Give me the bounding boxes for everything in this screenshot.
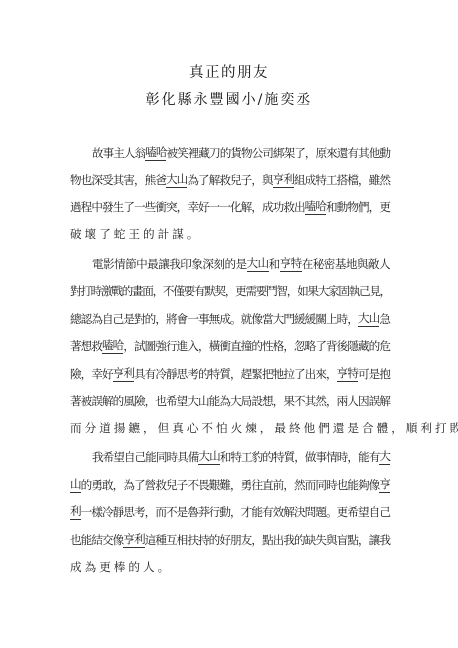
text-char: ，: [145, 393, 156, 409]
text-char: 可: [358, 366, 369, 382]
text-char: 同: [315, 477, 326, 493]
text-char: 子: [177, 477, 188, 493]
text-char: 缺: [305, 532, 316, 548]
underlined-name: 亨: [123, 532, 134, 548]
text-char: 拉: [283, 366, 294, 382]
text-line: 而分道揚鑣，但真心不怕火煉，最終他們還是合體，順利打敗蛇王。: [70, 420, 390, 438]
text-char: 物: [241, 145, 252, 161]
text-char: 交: [102, 532, 113, 548]
text-char: 莽: [198, 504, 209, 520]
text-char: ，: [251, 532, 262, 548]
text-char: 默: [204, 283, 214, 299]
text-char: 基: [335, 256, 346, 272]
text-char: 解: [209, 172, 220, 188]
text-char: 的: [198, 366, 209, 382]
text-char: 己: [135, 449, 146, 465]
text-char: 難: [219, 477, 230, 493]
underlined-name: 大: [166, 172, 177, 188]
text-char: 的: [143, 226, 158, 242]
text-char: 功: [273, 199, 284, 215]
text-char: 熊: [145, 172, 156, 188]
text-char: 樣: [91, 504, 102, 520]
text-char: ，: [380, 283, 390, 299]
text-char: ，: [153, 283, 163, 299]
text-char: 時: [337, 311, 348, 327]
text-char: 急: [379, 311, 390, 327]
text-char: 就: [241, 311, 252, 327]
text-char: 的: [294, 532, 305, 548]
underlined-name: 嗑: [305, 199, 316, 215]
text-char: 是: [177, 504, 188, 520]
text-char: 程: [81, 199, 92, 215]
underlined-name: 山: [70, 477, 81, 493]
text-char: 。: [187, 226, 202, 242]
text-char: 的: [81, 477, 92, 493]
text-char: 真: [172, 420, 187, 436]
text-char: 組: [294, 172, 305, 188]
text-char: 無: [209, 311, 220, 327]
text-char: 更: [379, 199, 390, 215]
text-char: 們: [318, 420, 333, 436]
text-char: 朋: [230, 532, 241, 548]
document-page: 真正的朋友 彰化縣永豐國小/施奕丞 故事主人翁嗑哈被笑裡藏刀的貨物公司綁架了，原…: [0, 0, 458, 648]
text-char: 不: [187, 477, 198, 493]
text-char: 然: [294, 477, 305, 493]
text-char: 其: [305, 393, 316, 409]
text-char: 互: [166, 532, 177, 548]
text-line: 山的勇敢，為了營救兒子不畏艱難，勇往直前，然而同時也能夠像亨: [70, 477, 390, 495]
text-char: 受: [102, 172, 113, 188]
text-char: 對: [134, 311, 145, 327]
text-char: 盲: [337, 532, 348, 548]
text-char: 將: [166, 311, 177, 327]
text-char: 一: [187, 311, 198, 327]
text-char: 像: [251, 311, 262, 327]
text-char: ，: [358, 532, 369, 548]
text-char: 棒: [114, 559, 129, 575]
text-char: 試: [134, 338, 145, 354]
text-char: 見: [369, 283, 379, 299]
text-char: 中: [91, 199, 102, 215]
text-char: ，: [134, 172, 145, 188]
underlined-name: 特: [291, 256, 302, 272]
text-line: 險，幸好亨利具有冷靜思考的特質，趕緊把牠拉了出來，亨特可是抱: [70, 366, 390, 384]
text-char: 更: [337, 504, 348, 520]
text-char: 來: [315, 366, 326, 382]
text-char: 還: [333, 420, 348, 436]
text-char: 戰: [111, 283, 121, 299]
text-char: 幸: [91, 366, 102, 382]
text-char: 化: [230, 199, 241, 215]
text-char: 誤: [369, 393, 380, 409]
text-char: 出: [294, 199, 305, 215]
text-char: 解: [379, 393, 390, 409]
text-char: 衝: [155, 199, 166, 215]
text-char: ，: [283, 477, 294, 493]
text-char: 與: [357, 256, 368, 272]
underlined-name: 山: [258, 256, 269, 272]
text-char: 有: [194, 283, 204, 299]
text-char: 但: [158, 420, 173, 436]
text-char: 而: [305, 477, 316, 493]
text-char: 不: [163, 283, 173, 299]
text-char: 體: [377, 420, 392, 436]
text-char: 種: [155, 532, 166, 548]
text-char: 能: [358, 449, 369, 465]
text-char: 綁: [273, 145, 284, 161]
text-char: 後: [337, 338, 348, 354]
text-char: ，: [347, 311, 358, 327]
text-line: 著想救嗑哈，試圖強行進入，橫衝直撞的性格，忽略了背後隱藏的危: [70, 338, 390, 356]
text-char: 打: [80, 283, 90, 299]
text-char: 打: [435, 420, 450, 436]
text-char: 了: [134, 477, 145, 493]
text-char: 事: [103, 145, 114, 161]
text-char: 我: [92, 449, 103, 465]
text-char: 會: [177, 311, 188, 327]
text-char: 點: [347, 532, 358, 548]
text-char: 行: [166, 338, 177, 354]
text-char: 發: [102, 199, 113, 215]
text-char: 己: [359, 283, 369, 299]
underlined-name: 哈: [315, 199, 326, 215]
text-char: 激: [101, 283, 111, 299]
text-char: 面: [142, 283, 152, 299]
text-char: 險: [70, 366, 81, 382]
text-char: 時: [167, 449, 178, 465]
text-char: 揚: [114, 420, 129, 436]
text-char: 動: [219, 504, 230, 520]
text-line: 著被誤解的風險，也希望大山能為大局設想，果不其然，兩人因誤解: [70, 393, 390, 411]
text-char: 備: [188, 449, 199, 465]
text-char: 不: [294, 393, 305, 409]
text-char: 密: [324, 256, 335, 272]
text-char: 子: [241, 172, 252, 188]
text-char: 像: [369, 477, 380, 493]
text-char: 深: [91, 172, 102, 188]
text-char: ，: [155, 311, 166, 327]
text-char: 最: [147, 256, 158, 272]
text-char: 為: [219, 393, 230, 409]
text-char: 解: [241, 199, 252, 215]
text-char: 如: [297, 283, 307, 299]
text-char: 翁: [135, 145, 146, 161]
text-char: 和: [269, 256, 280, 272]
text-char: 一: [134, 199, 145, 215]
text-char: 火: [231, 420, 246, 436]
text-char: 印: [180, 256, 191, 272]
text-char: 特: [230, 449, 241, 465]
text-char: 思: [177, 366, 188, 382]
text-char: 司: [262, 145, 273, 161]
text-char: 敵: [368, 256, 379, 272]
text-char: ，: [143, 420, 158, 436]
text-char: 牠: [273, 366, 284, 382]
text-char: 生: [113, 199, 124, 215]
text-char: ，: [177, 199, 188, 215]
text-char: 好: [219, 532, 230, 548]
text-char: 特: [273, 449, 284, 465]
underlined-name: 亨: [273, 172, 284, 188]
text-char: 的: [369, 338, 380, 354]
text-char: 撞: [241, 338, 252, 354]
text-char: 想: [81, 338, 92, 354]
text-char: ，: [305, 145, 316, 161]
text-line: 成為更棒的人。: [70, 559, 390, 577]
text-char: 著: [70, 393, 81, 409]
text-char: 雖: [369, 172, 380, 188]
text-char: ，: [260, 420, 275, 436]
text-char: 設: [251, 393, 262, 409]
text-char: 對: [70, 283, 80, 299]
underlined-name: 山: [369, 311, 380, 327]
text-char: 兒: [230, 172, 241, 188]
text-char: 畏: [198, 477, 209, 493]
text-char: 順: [406, 420, 421, 436]
text-char: 害: [123, 172, 134, 188]
text-char: 公: [252, 145, 263, 161]
text-char: 誤: [91, 393, 102, 409]
text-char: 點: [262, 532, 273, 548]
text-char: 是: [235, 256, 246, 272]
text-char: 要: [184, 283, 194, 299]
text-char: 才: [241, 504, 252, 520]
text-char: 僅: [173, 283, 183, 299]
text-char: 了: [123, 199, 134, 215]
text-char: 。: [158, 559, 173, 575]
text-char: 然: [379, 172, 390, 188]
text-char: 是: [123, 311, 134, 327]
text-char: 不: [166, 504, 177, 520]
text-char: 一: [209, 199, 220, 215]
text-char: 扶: [187, 532, 198, 548]
text-char: 好: [198, 199, 209, 215]
text-char: 緩: [294, 311, 305, 327]
text-char: 橫: [209, 338, 220, 354]
text-char: ，: [326, 393, 337, 409]
text-char: 友: [241, 532, 252, 548]
text-char: ，: [123, 338, 134, 354]
text-char: 工: [326, 172, 337, 188]
text-char: 失: [315, 532, 326, 548]
underlined-name: 大: [358, 311, 369, 327]
text-char: 契: [215, 283, 225, 299]
text-char: 了: [99, 226, 114, 242]
text-char: 能: [81, 532, 92, 548]
underlined-name: 亨: [337, 366, 348, 382]
text-char: 王: [128, 226, 143, 242]
underlined-name: 利: [283, 172, 294, 188]
text-char: 架: [284, 145, 295, 161]
text-char: 險: [134, 393, 145, 409]
text-char: 過: [70, 199, 81, 215]
text-char: 謀: [172, 226, 187, 242]
text-char: 道: [99, 420, 114, 436]
text-char: 不: [201, 420, 216, 436]
text-char: 的: [128, 559, 143, 575]
text-char: 煉: [245, 420, 260, 436]
text-char: 秘: [313, 256, 324, 272]
text-char: 效: [273, 504, 284, 520]
text-char: 為: [91, 311, 102, 327]
text-char: 主: [113, 145, 124, 161]
text-char: 解: [283, 504, 294, 520]
text-char: 來: [326, 145, 337, 161]
text-char: ，: [113, 477, 124, 493]
text-char: ，: [358, 172, 369, 188]
text-char: 能: [145, 449, 156, 465]
text-char: 靜: [166, 366, 177, 382]
text-char: 的: [209, 532, 220, 548]
text-char: 執: [349, 283, 359, 299]
text-char: ，: [230, 366, 241, 382]
text-char: 考: [134, 504, 145, 520]
text-char: 冷: [102, 504, 113, 520]
text-char: 自: [102, 311, 113, 327]
text-char: 危: [379, 338, 390, 354]
text-char: 要: [256, 283, 266, 299]
text-char: 思: [123, 504, 134, 520]
text-char: 具: [177, 449, 188, 465]
text-line: 對打時激戰的畫面，不僅要有默契，更需要鬥智，如果大家固執己見，: [70, 283, 390, 301]
text-char: 解: [102, 393, 113, 409]
text-char: 有: [369, 449, 380, 465]
text-char: 夠: [358, 477, 369, 493]
text-char: 當: [262, 311, 273, 327]
text-char: 爸: [155, 172, 166, 188]
text-char: 直: [262, 477, 273, 493]
text-char: 救: [283, 199, 294, 215]
text-char: 讓: [369, 532, 380, 548]
text-char: 做: [305, 449, 316, 465]
text-char: 問: [305, 504, 316, 520]
underlined-name: 嗑: [145, 145, 156, 161]
text-char: 成: [305, 172, 316, 188]
text-char: 我: [283, 532, 294, 548]
text-char: 檔: [347, 172, 358, 188]
text-char: ，: [251, 199, 262, 215]
text-char: 同: [156, 449, 167, 465]
text-char: 智: [276, 283, 286, 299]
text-char: 一: [81, 504, 92, 520]
underlined-name: 利: [70, 504, 81, 520]
text-char: 門: [283, 311, 294, 327]
text-char: 望: [113, 449, 124, 465]
text-char: 勇: [91, 477, 102, 493]
text-char: ，: [347, 449, 358, 465]
text-char: 原: [316, 145, 327, 161]
text-char: 中: [136, 256, 147, 272]
text-char: ，: [225, 283, 235, 299]
text-char: 豹: [252, 449, 263, 465]
text-char: 時: [91, 283, 101, 299]
underlined-name: 山: [209, 449, 220, 465]
text-char: 自: [369, 504, 380, 520]
text-char: 考: [187, 366, 198, 382]
text-char: 往: [251, 477, 262, 493]
text-char: 家: [328, 283, 338, 299]
text-char: 為: [187, 172, 198, 188]
text-char: 冷: [155, 366, 166, 382]
text-char: 緊: [251, 366, 262, 382]
text-char: 了: [294, 366, 305, 382]
text-char: 質: [284, 449, 295, 465]
text-char: 也: [155, 393, 166, 409]
text-char: 的: [122, 283, 132, 299]
text-char: 能: [251, 504, 262, 520]
text-char: 圖: [145, 338, 156, 354]
text-char: 把: [262, 366, 273, 382]
underlined-name: 大: [247, 256, 258, 272]
text-char: 望: [177, 393, 188, 409]
text-char: 營: [145, 477, 156, 493]
text-char: 終: [289, 420, 304, 436]
text-char: 了: [294, 145, 305, 161]
text-char: 己: [113, 311, 124, 327]
text-char: 搭: [337, 172, 348, 188]
text-char: 的: [224, 256, 235, 272]
text-char: ，: [230, 477, 241, 493]
text-char: 怕: [216, 420, 231, 436]
text-char: 背: [326, 338, 337, 354]
text-char: 事: [316, 449, 327, 465]
text-char: 果: [307, 283, 317, 299]
text-char: 影: [103, 256, 114, 272]
text-char: 計: [158, 226, 173, 242]
text-char: 地: [346, 256, 357, 272]
text-char: 敢: [102, 477, 113, 493]
text-char: 刀: [209, 145, 220, 161]
text-char: 認: [81, 311, 92, 327]
text-char: ，: [294, 449, 305, 465]
text-char: ，: [283, 338, 294, 354]
text-char: 幸: [187, 199, 198, 215]
text-char: 艱: [209, 477, 220, 493]
text-char: 們: [358, 199, 369, 215]
text-char: 出: [273, 532, 284, 548]
text-char: 大: [230, 393, 241, 409]
text-char: 關: [315, 311, 326, 327]
text-char: 他: [304, 420, 319, 436]
document-title: 真正的朋友: [0, 61, 458, 82]
text-char: 想: [262, 393, 273, 409]
text-char: 物: [70, 172, 81, 188]
text-char: 分: [85, 420, 100, 436]
text-char: 與: [326, 532, 337, 548]
text-char: 兩: [337, 393, 348, 409]
text-char: 人: [124, 145, 135, 161]
text-char: 結: [91, 532, 102, 548]
text-char: 了: [198, 172, 209, 188]
text-char: 希: [166, 393, 177, 409]
underlined-name: 特: [347, 366, 358, 382]
text-char: 一: [219, 199, 230, 215]
text-char: 敗: [450, 420, 458, 436]
text-char: 人: [347, 393, 358, 409]
text-char: 著: [70, 338, 81, 354]
text-char: 忽: [294, 338, 305, 354]
text-char: ，: [145, 504, 156, 520]
author-line: 彰化縣永豐國小/施奕丞: [0, 89, 458, 109]
text-char: 壞: [85, 226, 100, 242]
text-char: 我: [379, 532, 390, 548]
text-char: 人: [143, 559, 158, 575]
text-char: 能: [209, 393, 220, 409]
text-line: 破壞了蛇王的計謀。: [70, 226, 390, 244]
text-char: 也: [81, 172, 92, 188]
text-char: 持: [198, 532, 209, 548]
text-char: 在: [302, 256, 313, 272]
